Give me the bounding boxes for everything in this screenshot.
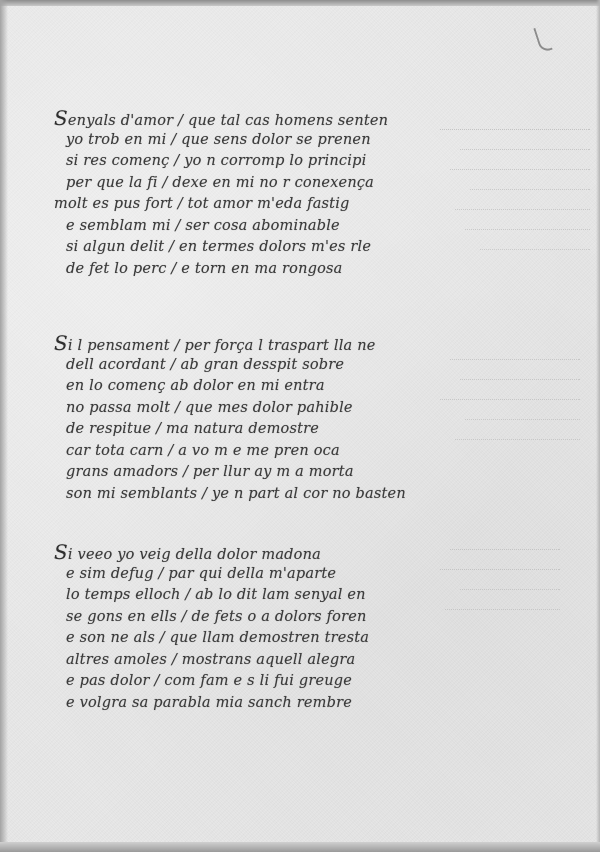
verse-line: per que la fi / dexe en mi no r conexenç… <box>54 173 454 195</box>
bleed-through-text <box>440 530 560 610</box>
page-edge-bottom <box>0 842 600 852</box>
verse-line: lo temps elloch / ab lo dit lam senyal e… <box>54 585 454 607</box>
verse-line: dell acordant / ab gran desspit sobre <box>54 355 454 377</box>
verse-line: e volgra sa parabla mia sanch rembre <box>54 693 454 715</box>
stanza-1: Senyals d'amor / que tal cas homens sent… <box>54 108 454 280</box>
verse-line: se gons en ells / de fets o a dolors for… <box>54 607 454 629</box>
page-edge-top <box>0 0 600 6</box>
bleed-through-text <box>440 340 580 440</box>
verse-line: yo trob en mi / que sens dolor se prenen <box>54 130 454 152</box>
verse-line: si algun delit / en termes dolors m'es r… <box>54 237 454 259</box>
verse-line: car tota carn / a vo m e me pren oca <box>54 441 454 463</box>
page-edge-left <box>0 0 8 852</box>
verse-line: Senyals d'amor / que tal cas homens sent… <box>54 108 454 130</box>
verse-line: altres amoles / mostrans aquell alegra <box>54 650 454 672</box>
verse-line: Si l pensament / per força l traspart ll… <box>54 333 454 355</box>
verse-line: e semblam mi / ser cosa abominable <box>54 216 454 238</box>
verse-line: Si veeo yo veig della dolor madona <box>54 542 454 564</box>
verse-line: de fet lo perc / e torn en ma rongosa <box>54 259 454 281</box>
verse-line: son mi semblants / ye n part al cor no b… <box>54 484 454 506</box>
manuscript-page: Senyals d'amor / que tal cas homens sent… <box>0 0 600 852</box>
corner-ink-mark-icon <box>533 25 552 53</box>
verse-line: e son ne als / que llam demostren tresta <box>54 628 454 650</box>
verse-line: de respitue / ma natura demostre <box>54 419 454 441</box>
stanza-2: Si l pensament / per força l traspart ll… <box>54 333 454 505</box>
verse-line: si res començ / yo n corromp lo principi <box>54 151 454 173</box>
stanza-3: Si veeo yo veig della dolor madona e sim… <box>54 542 454 714</box>
verse-line: grans amadors / per llur ay m a morta <box>54 462 454 484</box>
verse-line: e sim defug / par qui della m'aparte <box>54 564 454 586</box>
verse-line: e pas dolor / com fam e s li fui greuge <box>54 671 454 693</box>
verse-line: en lo començ ab dolor en mi entra <box>54 376 454 398</box>
verse-line: molt es pus fort / tot amor m'eda fastig <box>54 194 454 216</box>
page-edge-right <box>596 0 600 852</box>
bleed-through-text <box>440 110 590 250</box>
verse-line: no passa molt / que mes dolor pahible <box>54 398 454 420</box>
